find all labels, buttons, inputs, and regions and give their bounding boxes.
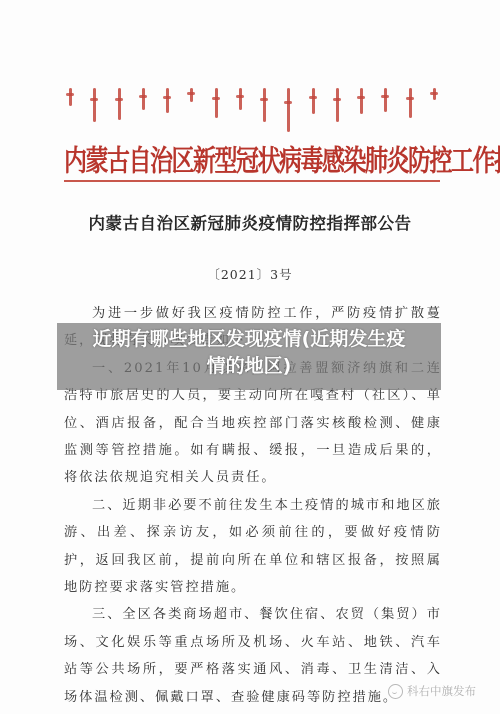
document-page: 内蒙古自治区新型冠状病毒感染肺炎防控工作指挥部 内蒙古自治区新冠肺炎疫情防控指挥… [0, 0, 500, 714]
mongolian-glyph [286, 88, 292, 132]
mongolian-glyph [141, 88, 147, 110]
issuing-authority-header: 内蒙古自治区新型冠状病毒感染肺炎防控工作指挥部 [64, 138, 436, 179]
document-title: 内蒙古自治区新冠肺炎疫情防控指挥部公告 [0, 210, 500, 234]
paragraph-item-3: 三、全区各类商场超市、餐饮住宿、农贸（集贸）市场、文化娱乐等重点场所及机场、火车… [64, 601, 442, 711]
mongolian-glyph [359, 88, 365, 114]
mongolian-glyph [432, 88, 438, 100]
mongolian-script-header [68, 88, 438, 143]
mongolian-glyph [238, 88, 244, 110]
paragraph-item-2: 二、近期非必要不前往发生本土疫情的城市和地区旅游、出差、探亲访友，如必须前往的，… [64, 492, 442, 602]
mongolian-glyph [92, 88, 98, 122]
caption-line-1: 近期有哪些地区发现疫情(近期发生疫 [57, 326, 441, 353]
red-divider-rule [64, 180, 440, 182]
watermark-text: 科右中旗发布 [407, 683, 476, 699]
mongolian-glyph [262, 88, 268, 122]
caption-line-2: 情的地区) [57, 353, 441, 380]
mongolian-glyph [68, 88, 74, 106]
mongolian-glyph [335, 88, 341, 122]
caption-overlay-title: 近期有哪些地区发现疫情(近期发生疫 情的地区) [57, 326, 441, 380]
mongolian-glyph [214, 88, 220, 118]
wechat-channel-icon [388, 684, 403, 699]
document-number: 〔2021〕3号 [0, 265, 500, 283]
mongolian-glyph [117, 88, 123, 120]
mongolian-glyph [165, 88, 171, 113]
mongolian-glyph [189, 88, 195, 102]
mongolian-glyph [383, 88, 389, 112]
source-watermark: 科右中旗发布 [388, 683, 476, 699]
mongolian-glyph [311, 88, 317, 114]
mongolian-glyph [408, 88, 414, 118]
